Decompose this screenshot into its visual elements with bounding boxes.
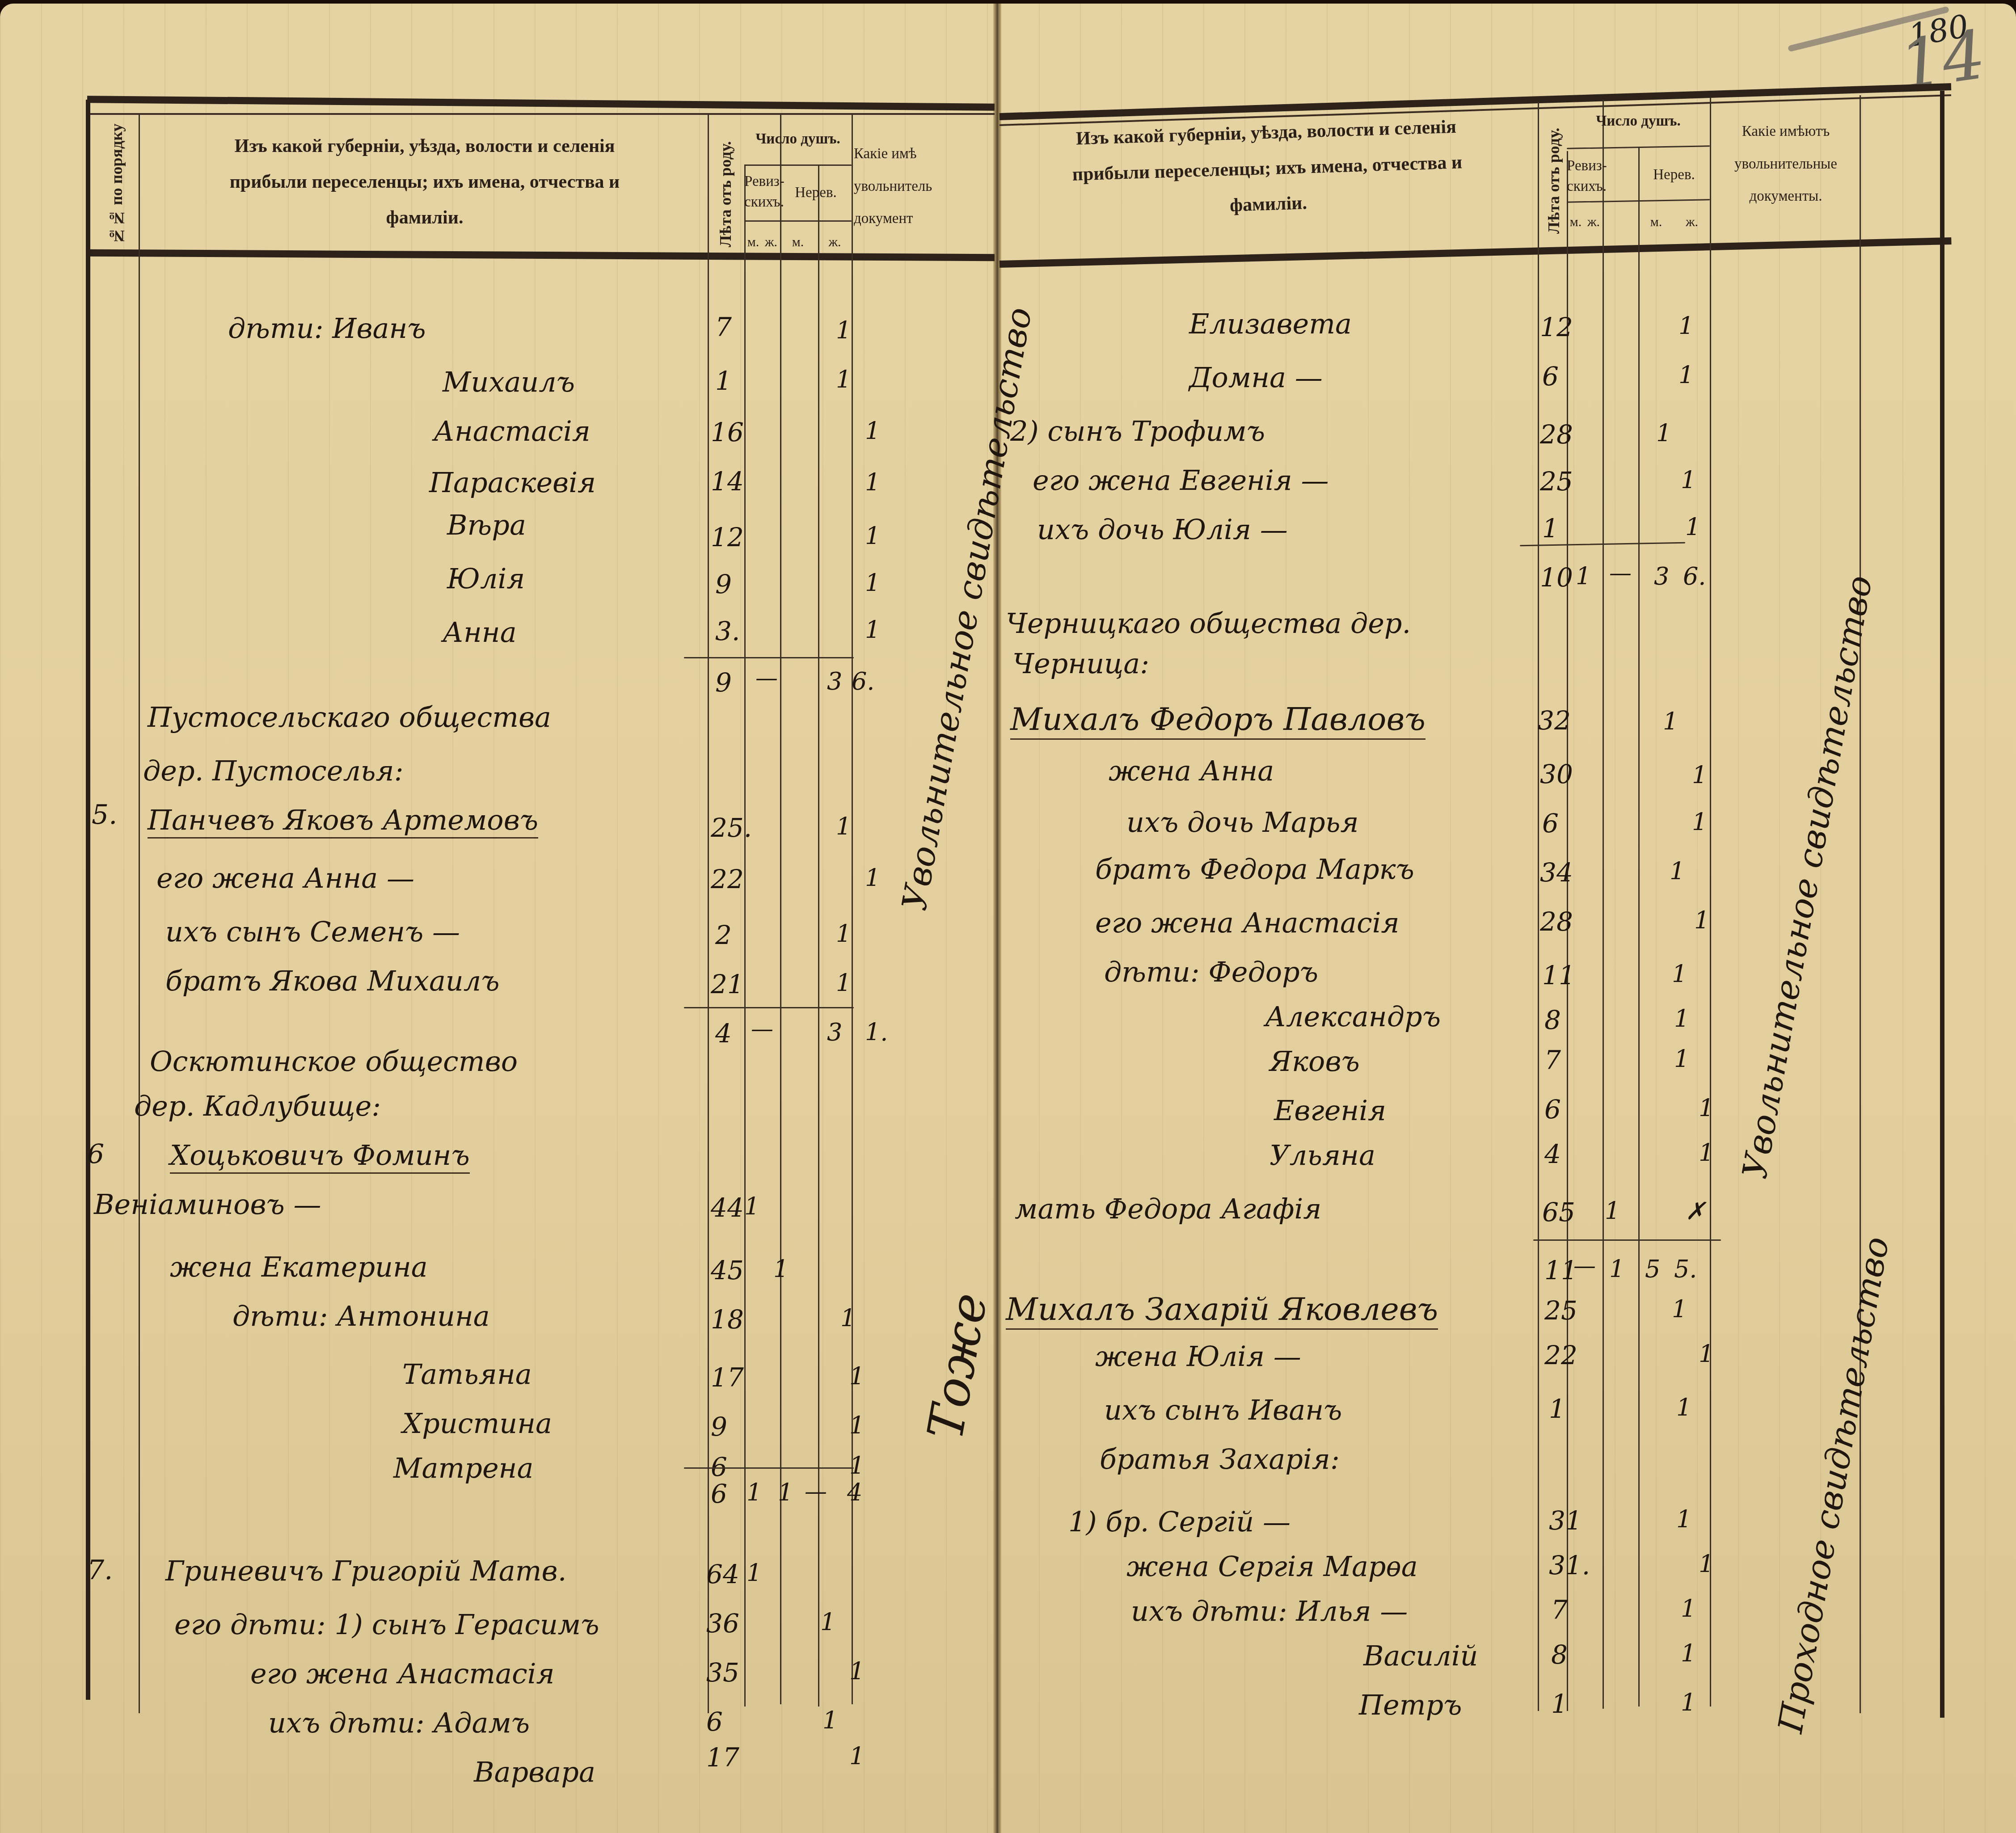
entry-text-head: Михалъ Федоръ Павловъ <box>1010 701 1426 740</box>
entry-text: жена Сергія Марѳа <box>1126 1550 1418 1583</box>
entry-text: Анастасія <box>434 415 590 447</box>
header-docs-line-3: документы. <box>1712 180 1860 213</box>
total-age: 11 <box>1544 1255 1577 1285</box>
entry-nerev-f: 1 <box>1699 1340 1714 1368</box>
entry-text: Анна <box>443 616 517 649</box>
entry-text: Яковъ <box>1269 1045 1360 1078</box>
entry-age: 6 <box>711 1452 727 1482</box>
entry-text: ихъ дѣти: Адамъ <box>268 1707 530 1739</box>
entry-age: 45 <box>711 1255 744 1285</box>
total-nerev-m: 3 <box>1654 562 1669 590</box>
header-col-docs-left: Какіе имѣ увольнитель документ <box>854 138 997 235</box>
sum-rule <box>1533 1239 1721 1241</box>
entry-text: Татьяна <box>402 1358 532 1391</box>
header-origin-line-3: фамиліи. <box>148 200 702 236</box>
header-docs-line-2: увольнительные <box>1712 148 1860 181</box>
entry-age: 21 <box>711 969 744 999</box>
entry-nerev-m: 1 <box>1670 857 1685 885</box>
header-rev-m: м. <box>1567 209 1585 235</box>
entry-nerev-f: 1 <box>1694 906 1709 935</box>
entry-age: 34 <box>1540 857 1573 888</box>
header-origin-line-1: Изъ какой губерніи, уѣзда, волости и сел… <box>148 129 702 164</box>
header-docs-line-1: Какіе имѣ <box>854 138 997 170</box>
total-nerev-f: 6. <box>852 667 875 695</box>
entry-nerev-f: 1 <box>840 1304 856 1332</box>
entry-text: жена Екатерина <box>170 1251 428 1283</box>
header-docs-line-1: Какіе имѣютъ <box>1712 115 1860 148</box>
entry-nerev-f: 1 <box>1692 808 1707 836</box>
col-divider-docs <box>1710 97 1711 1707</box>
header-col-age-right: Лѣта отъ роду. <box>1544 100 1563 234</box>
book-gutter <box>993 4 1001 1833</box>
entry-nerev-m: 1 <box>1676 1505 1691 1534</box>
entry-text: Матрена <box>393 1452 533 1484</box>
header-docs-line-2: увольнитель <box>854 170 997 203</box>
header-col-no: №№ по порядку <box>107 120 126 245</box>
entry-age: 35 <box>706 1657 739 1688</box>
community-heading: Черницкаго общества дер. <box>1006 607 1411 640</box>
entry-age: 36 <box>706 1608 739 1639</box>
village-heading: дер. Кадлубище: <box>134 1090 381 1122</box>
entry-nerev-m: 1 <box>836 920 851 948</box>
col-divider-rev-f <box>780 113 781 1704</box>
entry-age: 12 <box>711 522 744 552</box>
entry-nerev-m: 1 <box>836 316 851 345</box>
entry-nerev-f: 1 <box>849 1412 865 1440</box>
entry-age: 12 <box>1540 312 1573 342</box>
entry-number: 6 <box>87 1139 104 1170</box>
entry-age: 65 <box>1542 1197 1575 1227</box>
entry-nerev-m: 1 <box>1672 960 1687 988</box>
entry-nerev-m: 1 <box>1663 708 1678 736</box>
entry-nerev-m: 1 <box>1681 1595 1696 1623</box>
entry-text: Варвара <box>474 1756 595 1788</box>
entry-text-head: Хоцьковичъ Фоминъ <box>170 1139 470 1174</box>
entry-age: 9 <box>711 1412 727 1442</box>
entry-nerev-f: 1 <box>865 864 880 892</box>
subheading: братья Захарія: <box>1100 1443 1340 1475</box>
entry-text-head: Михалъ Захарій Яковлевъ <box>1006 1291 1438 1330</box>
entry-age: 22 <box>1544 1340 1577 1370</box>
total-nerev-f: 1. <box>865 1018 888 1046</box>
total-nerev-f: 6. <box>1683 562 1706 590</box>
header-nerev-m: м. <box>780 229 816 255</box>
entry-age: 31. <box>1549 1550 1590 1580</box>
entry-age: 16 <box>711 417 744 447</box>
total-age: 9 <box>715 667 732 698</box>
entry-age: 1 <box>1551 1689 1568 1719</box>
entry-age: 9 <box>715 569 732 599</box>
entry-number: 7. <box>87 1555 113 1586</box>
entry-age: 7 <box>1551 1595 1568 1625</box>
entry-age: 4 <box>1544 1139 1561 1169</box>
entry-nerev-m: 1 <box>1656 419 1671 447</box>
entry-nerev-f: 1 <box>1679 312 1694 340</box>
entry-age: 25 <box>1544 1295 1577 1326</box>
entry-text: дѣти: Иванъ <box>228 312 426 345</box>
col-divider-age <box>708 113 709 1713</box>
entry-text: мать Федора Агафія <box>1015 1193 1321 1225</box>
entry-text-head: Гриневичъ Григорій Матв. <box>165 1555 566 1587</box>
header-revision-line-2: скихъ. <box>1567 176 1603 197</box>
mf-subrule <box>744 220 852 222</box>
sum-rule <box>684 657 854 658</box>
souls-subrule <box>744 164 852 166</box>
entry-age: 6 <box>706 1707 723 1737</box>
entry-age: 28 <box>1540 906 1573 937</box>
entry-age: 8 <box>1544 1005 1561 1035</box>
total-rev-f: 1 <box>1609 1255 1624 1283</box>
entry-nerev-f: ✗ <box>1685 1197 1705 1225</box>
header-col-nerev: Нерев. <box>780 182 852 203</box>
entry-rev-f: 1 <box>773 1255 789 1283</box>
entry-nerev-f: 1 <box>865 569 880 597</box>
entry-age: 17 <box>706 1742 739 1773</box>
left-border <box>86 100 90 1700</box>
entry-age: 6 <box>1544 1094 1561 1125</box>
total-nerev-f: 5. <box>1674 1255 1697 1283</box>
entry-text: Христина <box>402 1407 552 1440</box>
entry-text: ихъ дѣти: Илья — <box>1131 1595 1408 1627</box>
community-heading: Оскютинское общество <box>150 1045 518 1078</box>
entry-text: Михаилъ <box>443 366 575 398</box>
entry-age: 1 <box>1542 513 1559 544</box>
entry-nerev-m: 1 <box>1674 1045 1689 1073</box>
entry-number: 5. <box>92 799 117 830</box>
entry-age: 22 <box>711 864 744 894</box>
entry-nerev-f: 1 <box>865 468 880 497</box>
header-col-docs-right: Какіе имѣютъ увольнительные документы. <box>1712 115 1860 213</box>
entry-age: 6 <box>1542 361 1559 392</box>
entry-nerev-f: 1 <box>849 1657 865 1686</box>
entry-nerev-f: 1 <box>865 522 880 550</box>
entry-text: Веніаминовъ — <box>94 1188 321 1221</box>
entry-text: ихъ сынъ Иванъ <box>1104 1394 1342 1426</box>
header-revision-line-1: Ревиз- <box>744 171 780 192</box>
total-nerev-m: 3 <box>827 1018 842 1046</box>
entry-text: Василій <box>1363 1639 1478 1672</box>
header-col-nerev-right: Нерев. <box>1638 164 1710 185</box>
entry-text: 2) сынъ Трофимъ <box>1010 415 1265 447</box>
header-nerev-f: ж. <box>1674 209 1710 235</box>
entry-nerev-f: 1 <box>1692 761 1707 789</box>
entry-nerev-m: 1 <box>836 366 851 394</box>
total-nerev-m: 3 <box>827 667 842 695</box>
header-docs-line-3: документ <box>854 202 997 235</box>
right-border <box>1940 91 1944 1718</box>
header-nerev-f: ж. <box>818 229 852 255</box>
entry-age: 11 <box>1542 960 1575 990</box>
total-rev-m: 1 <box>1576 562 1591 590</box>
entry-text: жена Юлія — <box>1095 1340 1301 1373</box>
total-age: 6 <box>711 1479 727 1509</box>
entry-nerev-f: 1 <box>1681 466 1696 494</box>
entry-text: жена Анна <box>1109 754 1274 787</box>
entry-text: Петръ <box>1359 1689 1462 1721</box>
entry-text: Параскевія <box>429 466 596 499</box>
entry-nerev-f: 1 <box>1699 1550 1714 1578</box>
entry-rev-m: 1 <box>747 1559 762 1587</box>
total-rev-m: — <box>751 1016 773 1042</box>
header-col-revision: Ревиз- скихъ. <box>744 171 780 212</box>
village-heading: Черница: <box>1012 647 1149 680</box>
total-rev-f: 1 <box>778 1479 793 1507</box>
total-nerev-m: 5 <box>1645 1255 1660 1283</box>
entry-age: 25. <box>711 813 752 843</box>
entry-nerev-m: 1 <box>1676 1394 1691 1422</box>
total-nerev-m: — <box>805 1479 827 1504</box>
entry-age: 1 <box>1549 1394 1565 1424</box>
entry-nerev-f: 1 <box>1699 1094 1714 1122</box>
entry-nerev-m: 1 <box>1681 1639 1696 1668</box>
entry-nerev-f: 1 <box>849 1452 865 1480</box>
total-age: 4 <box>715 1018 732 1049</box>
entry-rev-m: 1 <box>744 1193 759 1221</box>
header-rev-f: ж. <box>762 229 780 255</box>
total-age: 10 <box>1540 562 1573 593</box>
entry-nerev-m: 1 <box>822 1707 838 1735</box>
entry-nerev-f: 1 <box>1685 513 1700 541</box>
entry-nerev-f: 1 <box>865 417 880 445</box>
header-rev-m: м. <box>744 229 762 255</box>
total-rev-f: — <box>1609 560 1632 586</box>
entry-nerev-f: 1 <box>1679 361 1694 389</box>
entry-text: его жена Евгенія — <box>1033 464 1329 497</box>
entry-age: 18 <box>711 1304 744 1335</box>
entry-age: 25 <box>1540 466 1573 497</box>
entry-age: 7 <box>1544 1045 1561 1075</box>
entry-nerev-m: 1 <box>836 969 851 997</box>
entry-text: Ульяна <box>1269 1139 1375 1171</box>
entry-text: братъ Федора Маркъ <box>1095 853 1414 885</box>
entry-age: 30 <box>1540 759 1573 789</box>
entry-text: Домна — <box>1189 361 1323 394</box>
top-rule-thin <box>87 113 995 115</box>
header-nerev-m: м. <box>1638 209 1674 235</box>
community-heading: Пустосельскаго общества <box>148 701 551 733</box>
entry-age: 8 <box>1551 1639 1568 1670</box>
entry-nerev-m: 1 <box>1674 1005 1689 1033</box>
entry-text: его жена Анна — <box>156 862 414 894</box>
col-divider-nerev-m <box>1638 147 1640 1707</box>
total-rev-m: 1 <box>747 1479 762 1507</box>
col-divider-rev-m <box>744 164 746 1707</box>
entry-text: его дѣти: 1) сынъ Герасимъ <box>174 1608 599 1641</box>
total-rev-m: — <box>755 665 778 691</box>
col-divider-age <box>1538 102 1539 1711</box>
header-col-origin: Изъ какой губерніи, уѣзда, волости и сел… <box>148 129 702 236</box>
header-col-age: Лѣта отъ роду. <box>716 118 735 247</box>
entry-nerev-m: 1 <box>836 813 851 841</box>
entry-text: дѣти: Федоръ <box>1104 956 1318 988</box>
col-divider-margin <box>1860 95 1861 1713</box>
entry-text: братъ Якова Михаилъ <box>165 965 500 997</box>
entry-text-head: Панчевъ Яковъ Артемовъ <box>148 804 538 839</box>
sum-rule <box>684 1007 854 1008</box>
entry-text: Елизавета <box>1189 308 1352 340</box>
header-revision-line-2: скихъ. <box>744 192 780 212</box>
entry-nerev-m: 1 <box>1672 1295 1687 1323</box>
sum-rule <box>684 1467 854 1469</box>
entry-text: Вѣра <box>447 509 526 541</box>
col-divider-rev-f <box>1603 100 1604 1709</box>
entry-text: 1) бр. Сергій — <box>1068 1505 1291 1538</box>
entry-nerev-f: 1 <box>1699 1139 1714 1167</box>
entry-age: 14 <box>711 466 744 497</box>
entry-nerev-m: 1 <box>1681 1689 1696 1717</box>
entry-age: 28 <box>1540 419 1573 450</box>
entry-nerev-m: 1 <box>820 1608 835 1636</box>
entry-text: ихъ дочь Марья <box>1126 806 1359 839</box>
entry-text: Александръ <box>1265 1000 1441 1033</box>
header-origin-line-2: прибыли переселенцы; ихъ имена, отчества… <box>148 164 702 200</box>
header-col-souls-right: Число душъ. <box>1567 111 1710 131</box>
header-revision-line-1: Ревиз- <box>1567 156 1603 176</box>
entry-text: его жена Анастасія <box>250 1657 555 1690</box>
entry-text: Юлія <box>447 562 525 595</box>
entry-nerev-f: 1 <box>865 616 880 644</box>
entry-text: дѣти: Антонина <box>232 1300 490 1332</box>
entry-text: ихъ дочь Юлія — <box>1037 513 1288 546</box>
entry-age: 31 <box>1549 1505 1582 1536</box>
header-col-souls: Число душъ. <box>744 129 852 149</box>
col-divider-nerev-m <box>818 164 819 1707</box>
entry-text: ихъ сынъ Семенъ — <box>165 915 460 948</box>
entry-text: Евгенія <box>1274 1094 1386 1127</box>
total-rev-m: — <box>1573 1253 1596 1279</box>
col-divider-no <box>139 113 140 1713</box>
header-col-origin-right: Изъ какой губерніи, уѣзда, волости и сел… <box>1000 107 1535 231</box>
entry-age: 3. <box>715 616 740 646</box>
entry-age: 2 <box>715 920 732 950</box>
entry-age: 64 <box>706 1559 739 1589</box>
entry-age: 1 <box>715 366 732 396</box>
entry-age: 17 <box>711 1362 744 1393</box>
entry-age: 7 <box>715 312 732 342</box>
entry-nerev-f: 1 <box>849 1362 865 1391</box>
village-heading: дер. Пустоселья: <box>143 754 404 787</box>
entry-age: 6 <box>1542 808 1559 839</box>
register-spread: 180 14 №№ по порядку Изъ какой губерніи,… <box>0 4 2016 1833</box>
header-col-revision-right: Ревиз- скихъ. <box>1567 156 1603 197</box>
header-rev-f: ж. <box>1585 209 1603 235</box>
entry-text: его жена Анастасія <box>1095 906 1400 939</box>
entry-age: 32 <box>1538 705 1571 736</box>
entry-age: 44 <box>711 1193 744 1223</box>
entry-nerev-f: 1 <box>849 1742 865 1770</box>
total-nerev-f: 4 <box>847 1479 862 1507</box>
entry-rev-f: 1 <box>1605 1197 1620 1225</box>
